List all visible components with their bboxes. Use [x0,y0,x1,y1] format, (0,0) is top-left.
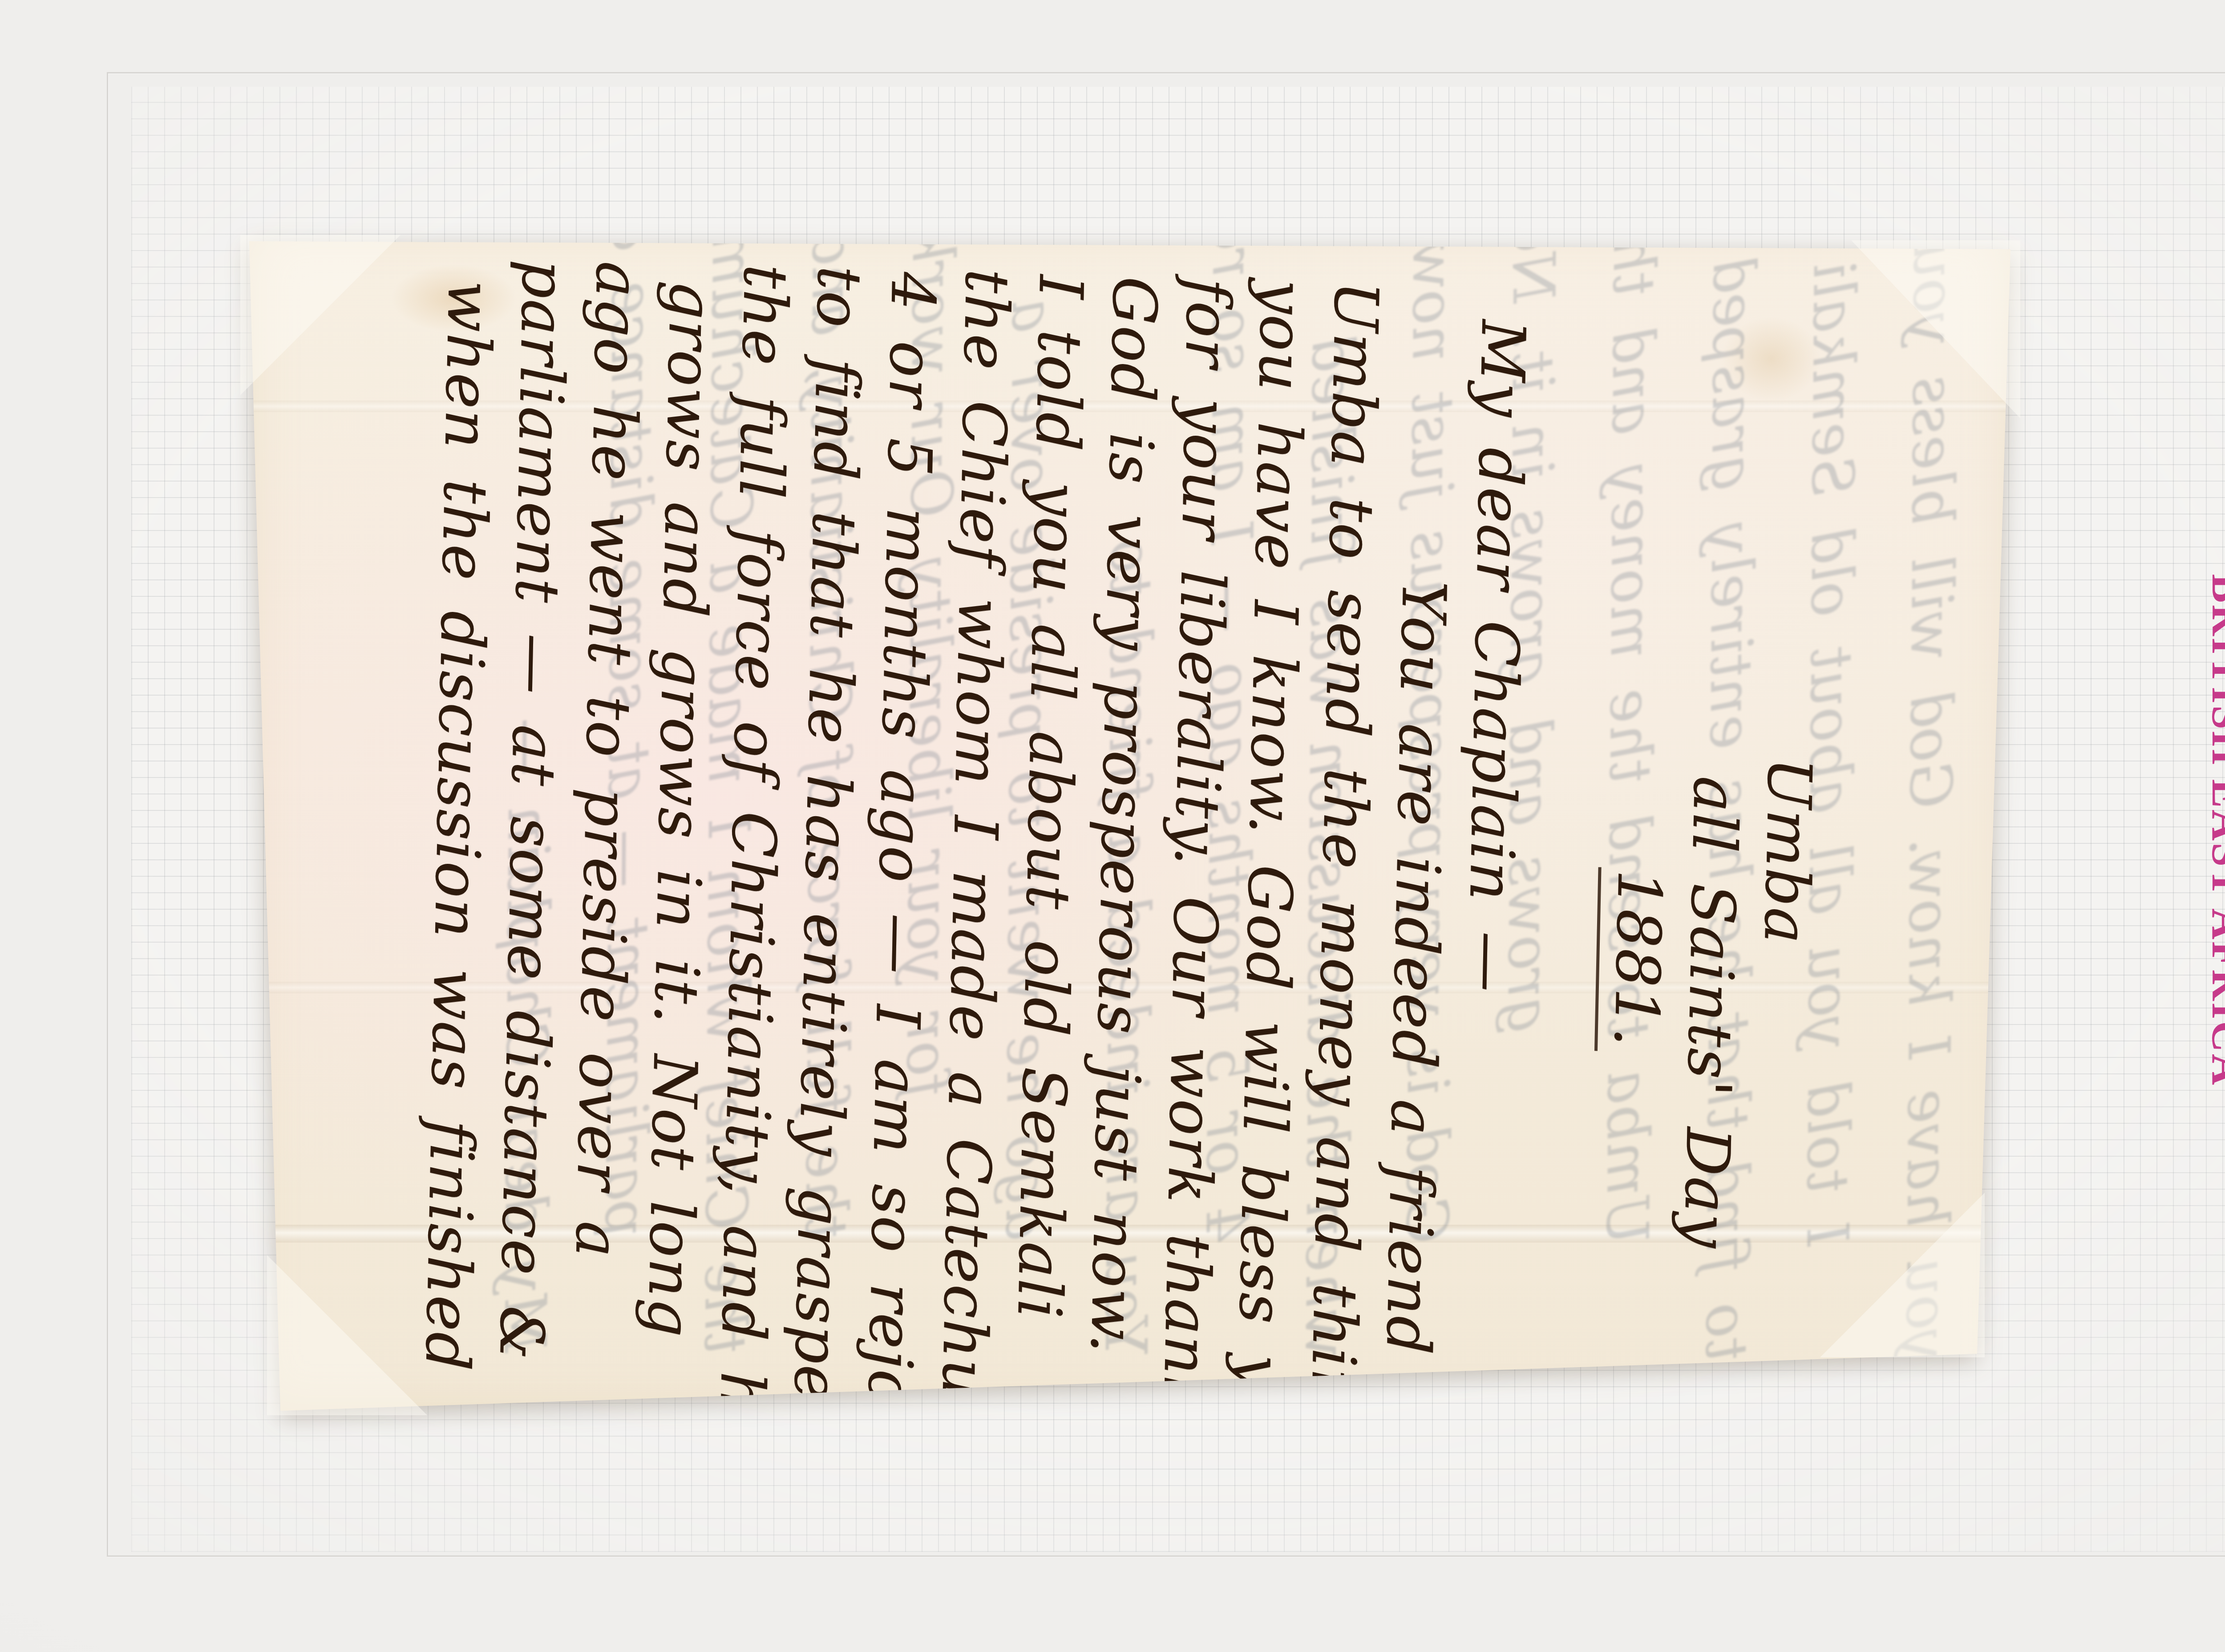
letter-paper-wrapper: you have I know. God will bless you I to… [240,214,2020,1424]
letter-paper: you have I know. God will bless you I to… [240,214,2020,1424]
archival-photo: you have I know. God will bless you I to… [0,0,2225,1652]
handwritten-letter-text: Umba all Saints' Day 1881. My dear Chapl… [366,230,1837,1434]
letter-body: You are indeed a friend to Umba to send … [409,231,1468,1427]
british-east-africa-stamp: BRITISH EAST AFRICA [2205,572,2225,1089]
